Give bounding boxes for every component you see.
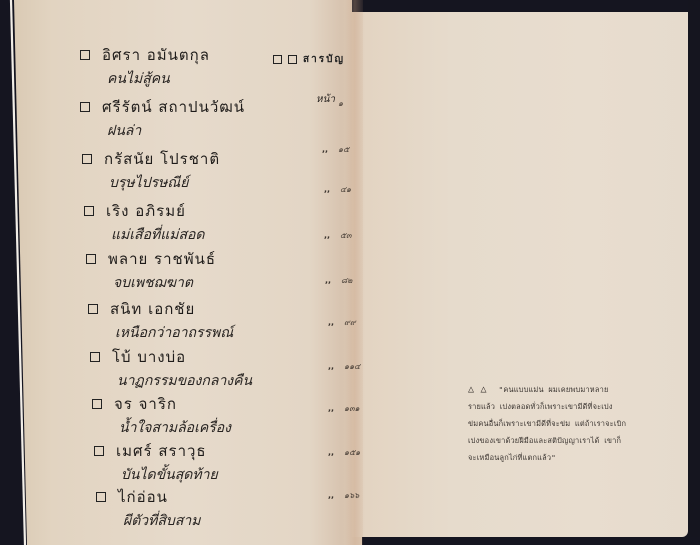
ditto-mark: ,, — [328, 318, 344, 327]
entry-author: จร จาริก — [114, 392, 177, 416]
toc-entry: สนิท เอกชัย เหนือกว่าอาถรรพณ์ — [88, 298, 233, 344]
triangle-marker-icon: △ △ — [468, 384, 487, 395]
page-number: ,,๙๙ — [328, 316, 356, 329]
square-bullet-icon — [96, 492, 106, 502]
entry-author: พลาย ราชพันธ์ — [108, 247, 216, 271]
entry-author: กรัสนัย โปรชาติ — [104, 147, 220, 171]
page-number: ,,๑๑๔ — [328, 360, 360, 373]
entry-author: ศรีรัตน์ สถาปนวัฒน์ — [102, 95, 245, 119]
page-number: ,,๑๖๖ — [328, 489, 359, 502]
toc-entry: เมศร์ สราวุธ บันไดขั้นสุดท้าย — [94, 440, 218, 486]
toc-entry: ศรีรัตน์ สถาปนวัฒน์ ฝนล่า — [80, 96, 245, 142]
square-bullet-icon — [94, 446, 104, 456]
toc-entry: พลาย ราชพันธ์ จบเพชฌฆาต — [86, 248, 216, 294]
page-number: ,,๑๓๑ — [328, 402, 360, 415]
entry-author: เริง อภิรมย์ — [106, 199, 186, 223]
quote-line: จะเหมือนลูกไก่ที่แตกแล้ว" — [468, 449, 673, 466]
toc-entry: กรัสนัย โปรชาติ บรุษไปรษณีย์ — [82, 148, 220, 194]
entry-author: เมศร์ สราวุธ — [116, 439, 207, 463]
square-bullet-icon — [80, 50, 90, 60]
quote-line: เบ่งของเขาด้วยฝีมือและสติปัญญาเราได้ เขา… — [468, 432, 673, 449]
entry-title: เหนือกว่าอาถรรพณ์ — [115, 322, 233, 344]
page-number: ,,๕๓ — [324, 229, 352, 242]
toc-entry: จร จาริก น้ำใจสามล้อเครื่อง — [92, 393, 231, 439]
page-number: ,,๔๑ — [324, 183, 351, 196]
right-dark-area — [688, 0, 700, 545]
entry-title: แม่เสือที่แม่สอด — [111, 224, 205, 246]
square-bullet-icon — [90, 352, 100, 362]
entry-title: คนไม่สู้คน — [107, 68, 210, 90]
ditto-mark: ,, — [325, 276, 341, 285]
toc-entry: อิศรา อมันตกุล คนไม่สู้คน — [80, 44, 210, 90]
entry-title: ฝนล่า — [107, 120, 245, 142]
table-of-contents: อิศรา อมันตกุล คนไม่สู้คน ศรีรัตน์ สถาปน… — [0, 0, 360, 545]
ditto-mark: ,, — [328, 491, 344, 500]
toc-entry: ไก่อ่อน ผีตัวที่สิบสาม — [96, 486, 200, 532]
top-dark-area — [352, 0, 700, 12]
ditto-mark: ,, — [324, 231, 340, 240]
quote-line: "คนแบบแม่น ผมเคยพบมาหลาย — [499, 385, 609, 394]
page-number: ๑ — [338, 97, 343, 110]
square-bullet-icon — [86, 254, 96, 264]
quote-block: △ △"คนแบบแม่น ผมเคยพบมาหลาย รายแล้ว เบ่ง… — [468, 381, 673, 466]
entry-author: อิศรา อมันตกุล — [102, 43, 210, 67]
ditto-mark: ,, — [328, 362, 344, 371]
entry-author: สนิท เอกชัย — [110, 297, 195, 321]
entry-title: ผีตัวที่สิบสาม — [123, 510, 200, 532]
entry-title: จบเพชฌฆาต — [113, 272, 216, 294]
ditto-mark: ,, — [324, 185, 340, 194]
entry-title: นาฏกรรมของกลางคืน — [117, 370, 252, 392]
page-number: ,,๘๒ — [325, 274, 352, 287]
toc-entry: เริง อภิรมย์ แม่เสือที่แม่สอด — [84, 200, 205, 246]
square-bullet-icon — [82, 154, 92, 164]
ditto-mark: ,, — [328, 404, 344, 413]
square-bullet-icon — [92, 399, 102, 409]
bottom-dark-area — [362, 537, 700, 545]
quote-line: รายแล้ว เบ่งตลอดทั่วก็เพราะเขามีดีที่จะเ… — [468, 398, 673, 415]
entry-title: บรุษไปรษณีย์ — [109, 172, 220, 194]
entry-author: โบ้ บางบ่อ — [112, 345, 186, 369]
entry-title: น้ำใจสามล้อเครื่อง — [119, 417, 231, 439]
entry-title: บันไดขั้นสุดท้าย — [121, 464, 218, 486]
toc-entry: โบ้ บางบ่อ นาฏกรรมของกลางคืน — [90, 346, 252, 392]
page-number: ,,๑๕๑ — [328, 446, 360, 459]
square-bullet-icon — [80, 102, 90, 112]
ditto-mark: ,, — [322, 145, 338, 154]
ditto-mark: ,, — [328, 448, 344, 457]
quote-line: ข่มคนอื่นก็เพราะเขามีดีที่จะข่ม แต่ถ้าเร… — [468, 415, 673, 432]
entry-author: ไก่อ่อน — [118, 485, 168, 509]
page-number: ,,๑๕ — [322, 143, 349, 156]
square-bullet-icon — [84, 206, 94, 216]
square-bullet-icon — [88, 304, 98, 314]
